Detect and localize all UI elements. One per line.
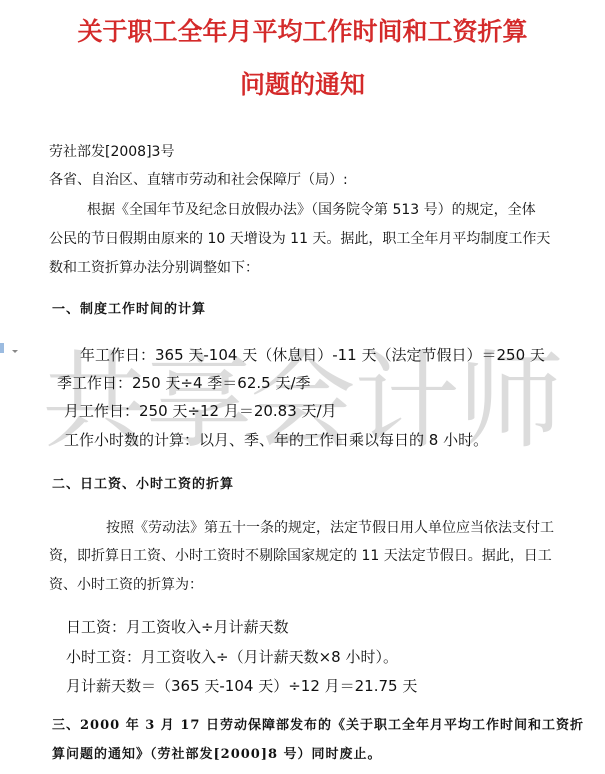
title-line-2: 问题的通知	[0, 65, 605, 101]
addressee: 各省、自治区、直辖市劳动和社会保障厅（局）:	[49, 170, 348, 190]
daily-wage-formula: 日工资：月工资收入÷月计薪天数	[66, 617, 289, 637]
monthly-paid-days-formula: 月计薪天数＝（365 天-104 天）÷12 月＝21.75 天	[66, 676, 417, 696]
section-2-para-line-2: 资，即折算日工资、小时工资时不剔除国家规定的 11 天法定节假日。据此，日工	[49, 546, 552, 566]
hourly-wage-formula: 小时工资：月工资收入÷（月计薪天数×8 小时）。	[66, 647, 398, 667]
monthly-workdays-formula: 月工作日：250 天÷12 月＝20.83 天/月	[64, 401, 337, 421]
quarterly-workdays-formula: 季工作日：250 天÷4 季＝62.5 天/季	[57, 373, 311, 393]
annual-workdays-formula: 年工作日：365 天-104 天（休息日）-11 天（法定节假日）＝250 天	[80, 345, 545, 365]
document-number: 劳社部发[2008]3号	[49, 142, 174, 162]
title-line-1: 关于职工全年月平均工作时间和工资折算	[0, 12, 605, 48]
document-page: 共享会计师 关于职工全年月平均工作时间和工资折算 问题的通知 劳社部发[2008…	[0, 0, 605, 774]
section-2-heading: 二、日工资、小时工资的折算	[52, 475, 234, 495]
intro-line-2: 公民的节日假期由原来的 10 天增设为 11 天。据此，职工全年月平均制度工作天	[49, 229, 550, 249]
section-2-para-line-3: 资、小时工资的折算为：	[49, 575, 203, 595]
intro-line-3: 数和工资折算办法分别调整如下：	[49, 258, 259, 278]
sidebar-doc-icon[interactable]	[0, 343, 4, 353]
work-hours-calculation: 工作小时数的计算：以月、季、年的工作日乘以每日的 8 小时。	[64, 430, 488, 450]
section-2-para-line-1: 按照《劳动法》第五十一条的规定，法定节假日用人单位应当依法支付工	[106, 518, 554, 538]
section-1-heading: 一、制度工作时间的计算	[52, 300, 206, 320]
dropdown-caret-icon[interactable]	[12, 350, 18, 353]
section-3-line-2: 算问题的通知》（劳社部发[2000]8 号）同时废止。	[52, 745, 382, 765]
intro-line-1: 根据《全国年节及纪念日放假办法》（国务院令第 513 号）的规定，全体	[87, 200, 536, 220]
section-3-line-1: 三、2000 年 3 月 17 日劳动保障部发布的《关于职工全年月平均工作时间和…	[52, 716, 584, 736]
